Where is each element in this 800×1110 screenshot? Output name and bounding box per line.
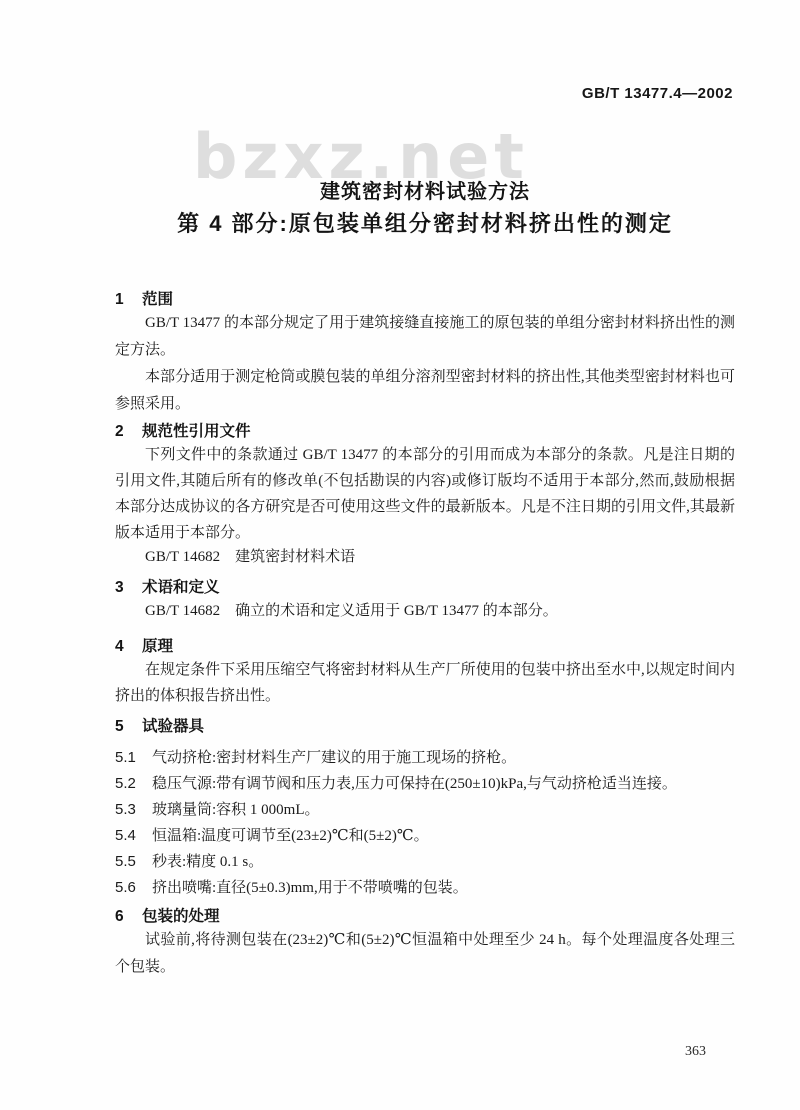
document-page: GB/T 13477.4—2002 bzxz.net 建筑密封材料试验方法 第 …: [0, 0, 800, 1110]
section-1-paragraph-2: 本部分适用于测定枪筒或膜包装的单组分溶剂型密封材料的挤出性,其他类型密封材料也可…: [115, 364, 735, 418]
clause-5-1: 5.1气动挤枪:密封材料生产厂建议的用于施工现场的挤枪。: [115, 745, 735, 771]
section-1-heading: 1范围: [115, 290, 735, 310]
clause-5-6-text: 挤出喷嘴:直径(5±0.3)mm,用于不带喷嘴的包装。: [152, 880, 468, 896]
section-1-title: 范围: [142, 291, 173, 308]
section-3-heading: 3术语和定义: [115, 578, 735, 598]
clause-5-1-number: 5.1: [115, 745, 152, 770]
section-4-paragraph-1: 在规定条件下采用压缩空气将密封材料从生产厂所使用的包装中挤出至水中,以规定时间内…: [115, 657, 735, 709]
clause-5-5-text: 秒表:精度 0.1 s。: [152, 854, 263, 870]
clause-5-5: 5.5秒表:精度 0.1 s。: [115, 849, 735, 875]
section-5-title: 试验器具: [142, 718, 204, 735]
clause-5-6-number: 5.6: [115, 875, 152, 900]
section-3-paragraph-1: GB/T 14682 确立的术语和定义适用于 GB/T 13477 的本部分。: [115, 598, 735, 625]
clause-5-5-number: 5.5: [115, 849, 152, 874]
clause-5-6: 5.6挤出喷嘴:直径(5±0.3)mm,用于不带喷嘴的包装。: [115, 875, 735, 901]
section-6-title: 包装的处理: [142, 908, 220, 925]
section-2-number: 2: [115, 422, 129, 442]
clause-5-3-number: 5.3: [115, 797, 152, 822]
section-4-heading: 4原理: [115, 637, 735, 657]
section-5-heading: 5试验器具: [115, 717, 735, 737]
clause-5-3-text: 玻璃量筒:容积 1 000mL。: [152, 802, 320, 818]
section-6-paragraph-1: 试验前,将待测包装在(23±2)℃和(5±2)℃恒温箱中处理至少 24 h。每个…: [115, 927, 735, 981]
section-1-number: 1: [115, 290, 129, 310]
section-4-number: 4: [115, 637, 129, 657]
section-2-reference: GB/T 14682 建筑密封材料术语: [115, 546, 735, 568]
section-6-heading: 6包装的处理: [115, 907, 735, 927]
section-5-number: 5: [115, 717, 129, 737]
document-title-line2: 第 4 部分:原包装单组分密封材料挤出性的测定: [115, 211, 735, 237]
page-number: 363: [685, 1044, 706, 1060]
section-3-number: 3: [115, 578, 129, 598]
clause-5-2: 5.2稳压气源:带有调节阀和压力表,压力可保持在(250±10)kPa,与气动挤…: [115, 771, 735, 797]
section-1-paragraph-1: GB/T 13477 的本部分规定了用于建筑接缝直接施工的原包装的单组分密封材料…: [115, 310, 735, 364]
section-2-paragraph-1: 下列文件中的条款通过 GB/T 13477 的本部分的引用而成为本部分的条款。凡…: [115, 442, 735, 546]
section-2-heading: 2规范性引用文件: [115, 422, 735, 442]
clause-5-3: 5.3玻璃量筒:容积 1 000mL。: [115, 797, 735, 823]
document-content: 建筑密封材料试验方法 第 4 部分:原包装单组分密封材料挤出性的测定 1范围 G…: [115, 0, 735, 981]
document-title-line1: 建筑密封材料试验方法: [115, 181, 735, 203]
section-6-number: 6: [115, 907, 129, 927]
clause-5-1-text: 气动挤枪:密封材料生产厂建议的用于施工现场的挤枪。: [152, 750, 516, 766]
clause-5-4-number: 5.4: [115, 823, 152, 848]
section-3-title: 术语和定义: [142, 579, 220, 596]
clause-5-2-number: 5.2: [115, 771, 152, 796]
clause-5-2-text: 稳压气源:带有调节阀和压力表,压力可保持在(250±10)kPa,与气动挤枪适当…: [152, 776, 677, 792]
apparatus-clause-list: 5.1气动挤枪:密封材料生产厂建议的用于施工现场的挤枪。 5.2稳压气源:带有调…: [115, 745, 735, 901]
clause-5-4-text: 恒温箱:温度可调节至(23±2)℃和(5±2)℃。: [152, 828, 429, 844]
section-2-title: 规范性引用文件: [142, 423, 251, 440]
clause-5-4: 5.4恒温箱:温度可调节至(23±2)℃和(5±2)℃。: [115, 823, 735, 849]
section-4-title: 原理: [142, 638, 173, 655]
